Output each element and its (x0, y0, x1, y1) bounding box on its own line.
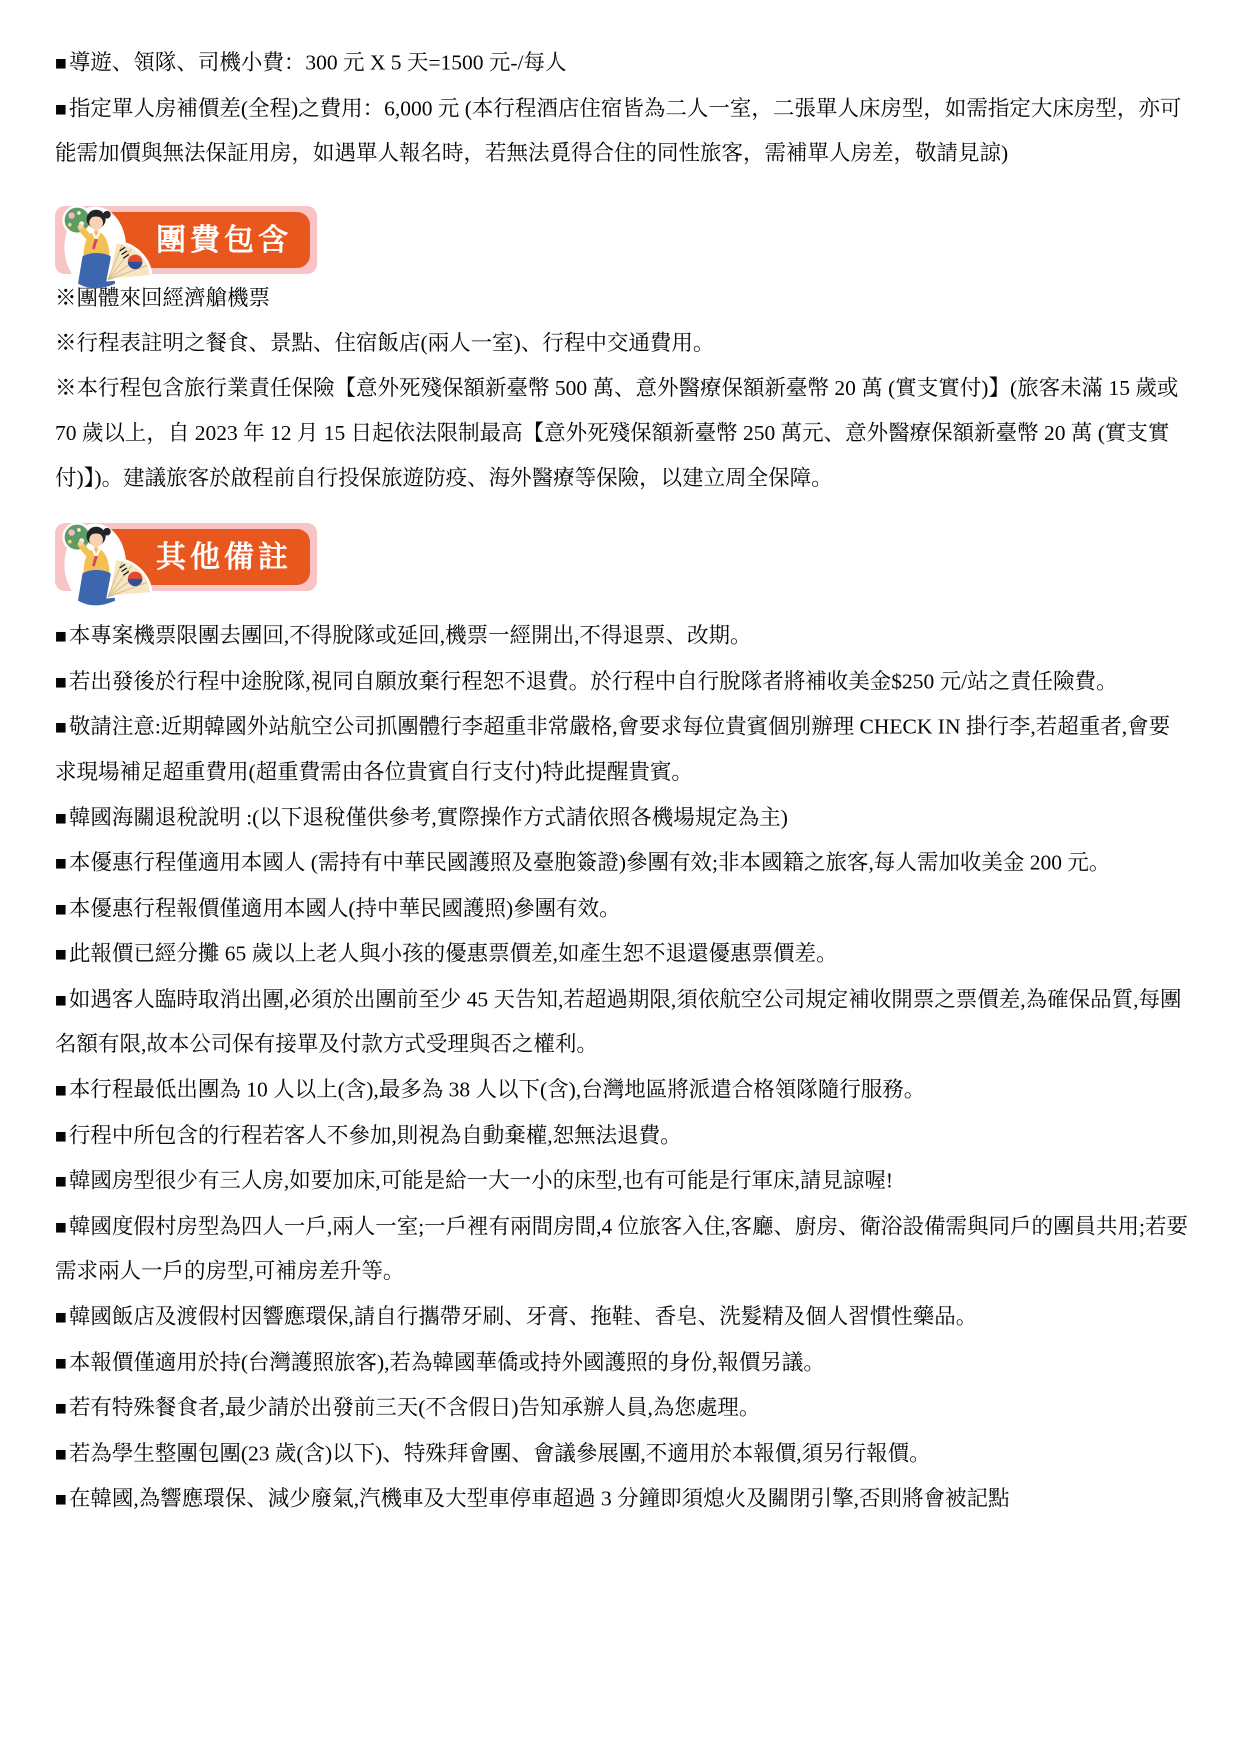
note-item: ■在韓國,為響應環保、減少廢氣,汽機車及大型車停車超過 3 分鐘即須熄火及關閉引… (55, 1476, 1188, 1522)
square-bullet: ■ (55, 1400, 67, 1415)
square-bullet: ■ (55, 1355, 67, 1370)
square-bullet: ■ (55, 992, 67, 1007)
square-bullet: ■ (55, 1446, 67, 1461)
square-bullet: ■ (55, 810, 67, 825)
note-item: ■此報價已經分攤 65 歲以上老人與小孩的優惠票價差,如產生恕不退還優惠票價差。 (55, 931, 1188, 977)
hanbok-woman-fan-illustration (57, 202, 157, 289)
square-bullet: ■ (55, 1491, 67, 1506)
note-item-text: 如遇客人臨時取消出團,必須於出團前至少 45 天告知,若超過期限,須依航空公司規… (55, 987, 1181, 1056)
note-item: ■韓國飯店及渡假村因響應環保,請自行攜帶牙刷、牙膏、拖鞋、香皂、洗髮精及個人習慣… (55, 1294, 1188, 1340)
note-item: ■本優惠行程僅適用本國人 (需持有中華民國護照及臺胞簽證)參團有效;非本國籍之旅… (55, 840, 1188, 886)
included-banner-label: 團費包含 (156, 218, 292, 263)
intro-item: ■導遊、領隊、司機小費：300 元 X 5 天=1500 元-/每人 (55, 40, 1188, 86)
note-item-text: 本報價僅適用於持(台灣護照旅客),若為韓國華僑或持外國護照的身份,報價另議。 (69, 1350, 825, 1374)
note-item-text: 本行程最低出團為 10 人以上(含),最多為 38 人以下(含),台灣地區將派遣… (69, 1078, 925, 1102)
square-bullet: ■ (55, 101, 67, 116)
square-bullet: ■ (55, 1309, 67, 1324)
note-item: ■本報價僅適用於持(台灣護照旅客),若為韓國華僑或持外國護照的身份,報價另議。 (55, 1340, 1188, 1386)
hanbok-woman-fan-illustration (57, 519, 157, 606)
note-item-text: 韓國房型很少有三人房,如要加床,可能是給一大一小的床型,也有可能是行軍床,請見諒… (69, 1169, 893, 1193)
intro-item-text: 導遊、領隊、司機小費：300 元 X 5 天=1500 元-/每人 (69, 51, 567, 75)
note-item: ■韓國度假村房型為四人一戶,兩人一室;一戶裡有兩間房間,4 位旅客入住,客廳、廚… (55, 1204, 1188, 1295)
note-item-text: 本優惠行程僅適用本國人 (需持有中華民國護照及臺胞簽證)參團有效;非本國籍之旅客… (69, 851, 1111, 875)
other-notes-section-banner: 其他備註 (55, 523, 317, 591)
note-item: ■若為學生整團包團(23 歲(含)以下)、特殊拜會團、會議參展團,不適用於本報價… (55, 1431, 1188, 1477)
note-item: ■本專案機票限團去團回,不得脫隊或延回,機票一經開出,不得退票、改期。 (55, 613, 1188, 659)
note-item-text: 行程中所包含的行程若客人不參加,則視為自動棄權,恕無法退費。 (69, 1123, 682, 1147)
square-bullet: ■ (55, 719, 67, 734)
square-bullet: ■ (55, 1173, 67, 1188)
note-item: ■韓國海關退稅說明 :(以下退稅僅供參考,實際操作方式請依照各機場規定為主) (55, 795, 1188, 841)
intro-section: ■導遊、領隊、司機小費：300 元 X 5 天=1500 元-/每人 ■指定單人… (55, 40, 1188, 176)
document-page: ■導遊、領隊、司機小費：300 元 X 5 天=1500 元-/每人 ■指定單人… (0, 0, 1240, 1755)
included-item: ※行程表註明之餐食、景點、住宿飯店(兩人一室)、行程中交通費用。 (55, 321, 1188, 366)
note-item-text: 本優惠行程報價僅適用本國人(持中華民國護照)參團有效。 (69, 896, 621, 920)
note-item-text: 若出發後於行程中途脫隊,視同自願放棄行程恕不退費。於行程中自行脫隊者將補收美金$… (69, 669, 1118, 693)
square-bullet: ■ (55, 1082, 67, 1097)
intro-item: ■指定單人房補價差(全程)之費用：6,000 元 (本行程酒店住宿皆為二人一室，… (55, 86, 1188, 177)
note-item: ■韓國房型很少有三人房,如要加床,可能是給一大一小的床型,也有可能是行軍床,請見… (55, 1158, 1188, 1204)
note-item-text: 韓國飯店及渡假村因響應環保,請自行攜帶牙刷、牙膏、拖鞋、香皂、洗髮精及個人習慣性… (69, 1305, 977, 1329)
note-item: ■行程中所包含的行程若客人不參加,則視為自動棄權,恕無法退費。 (55, 1113, 1188, 1159)
note-item: ■本行程最低出團為 10 人以上(含),最多為 38 人以下(含),台灣地區將派… (55, 1067, 1188, 1113)
note-item-text: 韓國度假村房型為四人一戶,兩人一室;一戶裡有兩間房間,4 位旅客入住,客廳、廚房… (55, 1214, 1188, 1283)
square-bullet: ■ (55, 901, 67, 916)
note-item-text: 敬請注意:近期韓國外站航空公司抓團體行李超重非常嚴格,會要求每位貴賓個別辦理 C… (55, 715, 1170, 784)
square-bullet: ■ (55, 674, 67, 689)
other-notes-section: ■本專案機票限團去團回,不得脫隊或延回,機票一經開出,不得退票、改期。 ■若出發… (55, 613, 1188, 1522)
square-bullet: ■ (55, 855, 67, 870)
square-bullet: ■ (55, 1219, 67, 1234)
note-item-text: 若為學生整團包團(23 歲(含)以下)、特殊拜會團、會議參展團,不適用於本報價,… (69, 1441, 931, 1465)
square-bullet: ■ (55, 55, 67, 70)
note-item-text: 本專案機票限團去團回,不得脫隊或延回,機票一經開出,不得退票、改期。 (69, 624, 752, 648)
note-item-text: 韓國海關退稅說明 :(以下退稅僅供參考,實際操作方式請依照各機場規定為主) (69, 805, 788, 829)
note-item: ■若出發後於行程中途脫隊,視同自願放棄行程恕不退費。於行程中自行脫隊者將補收美金… (55, 659, 1188, 705)
note-item-text: 若有特殊餐食者,最少請於出發前三天(不含假日)告知承辦人員,為您處理。 (69, 1396, 761, 1420)
note-item-text: 在韓國,為響應環保、減少廢氣,汽機車及大型車停車超過 3 分鐘即須熄火及關閉引擎… (69, 1487, 1010, 1511)
note-item: ■敬請注意:近期韓國外站航空公司抓團體行李超重非常嚴格,會要求每位貴賓個別辦理 … (55, 704, 1188, 795)
intro-item-text: 指定單人房補價差(全程)之費用：6,000 元 (本行程酒店住宿皆為二人一室，二… (55, 96, 1181, 165)
included-section: ※團體來回經濟艙機票 ※行程表註明之餐食、景點、住宿飯店(兩人一室)、行程中交通… (55, 276, 1188, 501)
included-section-banner: 團費包含 (55, 206, 317, 274)
included-item: ※團體來回經濟艙機票 (55, 276, 1188, 321)
note-item-text: 此報價已經分攤 65 歲以上老人與小孩的優惠票價差,如產生恕不退還優惠票價差。 (69, 942, 838, 966)
square-bullet: ■ (55, 1128, 67, 1143)
other-notes-banner-label: 其他備註 (156, 535, 292, 580)
note-item: ■若有特殊餐食者,最少請於出發前三天(不含假日)告知承辦人員,為您處理。 (55, 1385, 1188, 1431)
included-item: ※本行程包含旅行業責任保險【意外死殘保額新臺幣 500 萬、意外醫療保額新臺幣 … (55, 366, 1188, 501)
note-item: ■本優惠行程報價僅適用本國人(持中華民國護照)參團有效。 (55, 886, 1188, 932)
square-bullet: ■ (55, 628, 67, 643)
note-item: ■如遇客人臨時取消出團,必須於出團前至少 45 天告知,若超過期限,須依航空公司… (55, 977, 1188, 1068)
square-bullet: ■ (55, 946, 67, 961)
